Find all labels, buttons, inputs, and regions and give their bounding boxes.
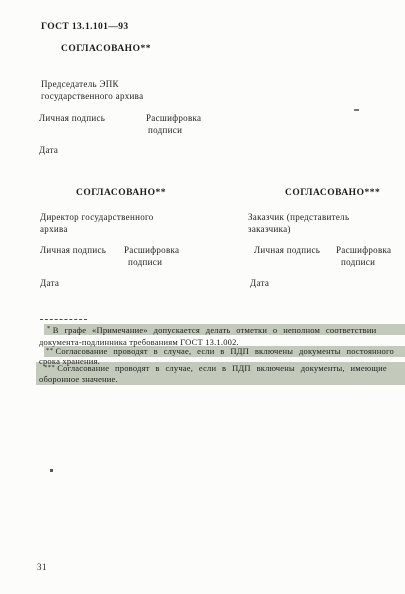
date-label: Дата — [250, 278, 269, 289]
footnote-text: В графе «Примечание» допускается делать … — [53, 325, 377, 335]
footnote-text: документа-подлинника требованиям ГОСТ 13… — [39, 337, 239, 347]
transcript-label-line2: подписи — [148, 125, 182, 136]
page-number: 31 — [37, 562, 47, 573]
scan-artifact-dash — [354, 109, 359, 111]
doc-number: ГОСТ 13.1.101—93 — [41, 22, 129, 33]
personal-signature-label: Личная подпись — [40, 245, 106, 256]
transcript-label-line1: Расшифровка — [146, 113, 201, 124]
footnote-line: *В графе «Примечание» допускается делать… — [47, 325, 376, 337]
footnote-marker: ** — [46, 347, 56, 354]
document-page: ГОСТ 13.1.101—93 СОГЛАСОВАНО** Председат… — [0, 0, 405, 594]
transcript-label-line1: Расшифровка — [124, 245, 179, 256]
scan-artifact-dot — [50, 469, 53, 472]
footnote-marker: *** — [44, 364, 57, 371]
footnote-text: оборонное значение. — [39, 374, 118, 384]
left-role-line2: архива — [40, 224, 68, 235]
right-role-line2: заказчика) — [248, 224, 291, 235]
footnote-text: Согласование проводят в случае, если в П… — [56, 346, 394, 356]
personal-signature-label: Личная подпись — [39, 113, 105, 124]
footnote-line: документа-подлинника требованиям ГОСТ 13… — [39, 337, 239, 347]
top-role-line1: Председатель ЭПК — [41, 79, 119, 90]
approved-heading-left: СОГЛАСОВАНО** — [76, 188, 166, 199]
transcript-label-line2: подписи — [341, 257, 375, 268]
footnote-line: оборонное значение. — [39, 374, 118, 384]
left-role-line1: Директор государственного — [40, 212, 154, 223]
approved-heading-top: СОГЛАСОВАНО** — [61, 44, 151, 55]
date-label: Дата — [39, 145, 58, 156]
right-role-line1: Заказчик (представитель — [248, 212, 349, 223]
transcript-label-line1: Расшифровка — [336, 245, 391, 256]
approved-heading-right: СОГЛАСОВАНО*** — [285, 188, 380, 199]
footnote-marker: * — [47, 325, 53, 332]
personal-signature-label: Личная подпись — [254, 245, 320, 256]
date-label: Дата — [40, 278, 59, 289]
footnote-text: Согласование проводят в случае, если в П… — [57, 363, 387, 373]
footnote-separator — [40, 319, 87, 320]
transcript-label-line2: подписи — [128, 257, 162, 268]
top-role-line2: государственного архива — [41, 91, 143, 102]
